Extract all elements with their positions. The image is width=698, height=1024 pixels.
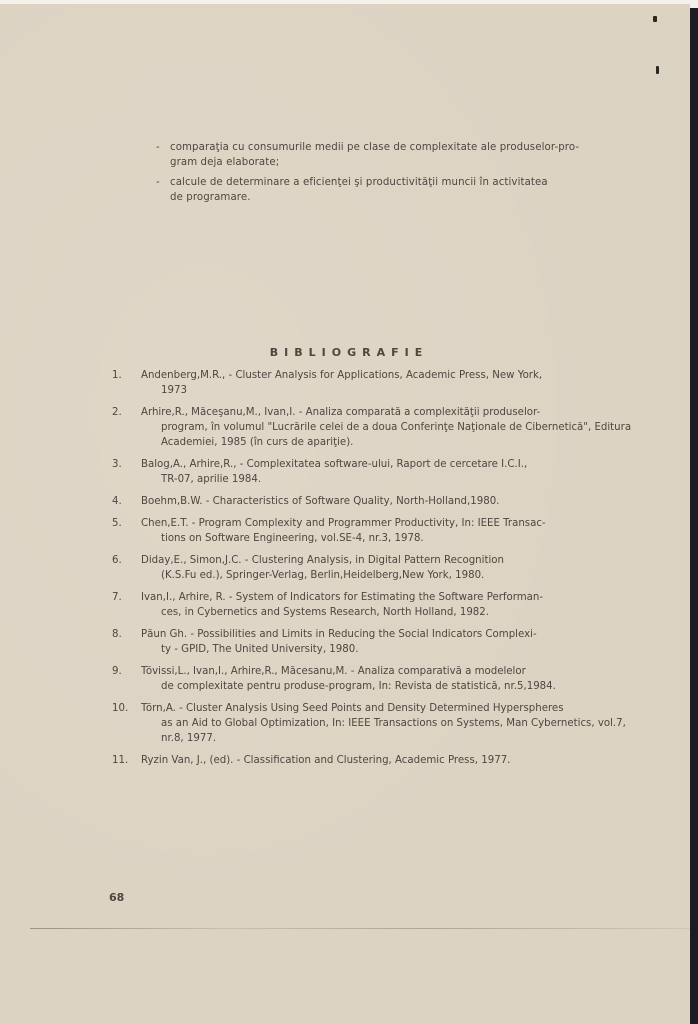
- bib-entry: 2. Arhire,R., Măceşanu,M., Ivan,I. - Ana…: [112, 405, 632, 450]
- entry-text: Boehm,B.W. - Characteristics of Software…: [141, 496, 499, 507]
- bib-entry: 8. Păun Gh. - Possibilities and Limits i…: [112, 627, 632, 657]
- entry-text-cont: TR-07, aprilie 1984.: [141, 472, 632, 487]
- entry-text: Ivan,I., Arhire, R. - System of Indicato…: [141, 592, 543, 603]
- scan-edge: [690, 8, 698, 1024]
- bib-entry: 11. Ryzin Van, J., (ed). - Classificatio…: [112, 753, 632, 768]
- entry-text-cont: de complexitate pentru produse-program, …: [141, 679, 632, 694]
- binding-hole-mark: [653, 16, 657, 22]
- page-number: 68: [109, 891, 124, 904]
- bib-entry: 3. Balog,A., Arhire,R., - Complexitatea …: [112, 457, 632, 487]
- entry-text-cont: as an Aid to Global Optimization, In: IE…: [141, 716, 632, 746]
- entry-text-cont: program, în volumul "Lucrările celei de …: [141, 420, 632, 450]
- entry-number: 7.: [112, 590, 138, 605]
- entry-number: 2.: [112, 405, 138, 420]
- entry-number: 5.: [112, 516, 138, 531]
- bullet-item: - calcule de determinare a eficienţei şi…: [156, 176, 636, 205]
- entry-number: 10.: [112, 701, 138, 716]
- dash-marker: -: [156, 176, 160, 191]
- entry-text-cont: ty - GPID, The United University, 1980.: [141, 642, 632, 657]
- bullet-list: - comparaţia cu consumurile medii pe cla…: [156, 141, 636, 211]
- dash-marker: -: [156, 141, 160, 156]
- entry-text: Törn,A. - Cluster Analysis Using Seed Po…: [141, 703, 564, 714]
- fold-line: [30, 928, 690, 929]
- bib-entry: 9. Tövissi,L., Ivan,I., Arhire,R., Măces…: [112, 664, 632, 694]
- entry-text: Chen,E.T. - Program Complexity and Progr…: [141, 518, 546, 529]
- entry-text-cont: (K.S.Fu ed.), Springer-Verlag, Berlin,He…: [141, 568, 632, 583]
- bibliography-list: 1. Andenberg,M.R., - Cluster Analysis fo…: [112, 368, 632, 775]
- entry-text: Păun Gh. - Possibilities and Limits in R…: [141, 629, 537, 640]
- bullet-text: comparaţia cu consumurile medii pe clase…: [170, 142, 579, 153]
- entry-number: 1.: [112, 368, 138, 383]
- entry-number: 4.: [112, 494, 138, 509]
- bullet-text-cont: de programare.: [170, 192, 251, 203]
- entry-text-cont: 1973: [141, 383, 632, 398]
- entry-number: 3.: [112, 457, 138, 472]
- entry-text: Andenberg,M.R., - Cluster Analysis for A…: [141, 370, 542, 381]
- entry-text: Tövissi,L., Ivan,I., Arhire,R., Măcesanu…: [141, 666, 526, 677]
- entry-text: Ryzin Van, J., (ed). - Classification an…: [141, 755, 510, 766]
- bullet-text-cont: gram deja elaborate;: [170, 157, 279, 168]
- bib-entry: 5. Chen,E.T. - Program Complexity and Pr…: [112, 516, 632, 546]
- bullet-text: calcule de determinare a eficienţei şi p…: [170, 177, 548, 188]
- entry-text-cont: ces, in Cybernetics and Systems Research…: [141, 605, 632, 620]
- entry-text: Arhire,R., Măceşanu,M., Ivan,I. - Analiz…: [141, 407, 540, 418]
- bib-entry: 4. Boehm,B.W. - Characteristics of Softw…: [112, 494, 632, 509]
- bullet-item: - comparaţia cu consumurile medii pe cla…: [156, 141, 636, 170]
- bib-entry: 6. Diday,E., Simon,J.C. - Clustering Ana…: [112, 553, 632, 583]
- section-heading: BIBLIOGRAFIE: [0, 346, 698, 359]
- entry-text: Balog,A., Arhire,R., - Complexitatea sof…: [141, 459, 527, 470]
- bib-entry: 7. Ivan,I., Arhire, R. - System of Indic…: [112, 590, 632, 620]
- entry-number: 8.: [112, 627, 138, 642]
- binding-hole-mark: [656, 66, 659, 74]
- entry-text-cont: tions on Software Engineering, vol.SE-4,…: [141, 531, 632, 546]
- bib-entry: 1. Andenberg,M.R., - Cluster Analysis fo…: [112, 368, 632, 398]
- scanned-page: - comparaţia cu consumurile medii pe cla…: [0, 4, 690, 1024]
- bib-entry: 10. Törn,A. - Cluster Analysis Using See…: [112, 701, 632, 746]
- entry-number: 6.: [112, 553, 138, 568]
- entry-number: 11.: [112, 753, 138, 768]
- entry-text: Diday,E., Simon,J.C. - Clustering Analys…: [141, 555, 504, 566]
- entry-number: 9.: [112, 664, 138, 679]
